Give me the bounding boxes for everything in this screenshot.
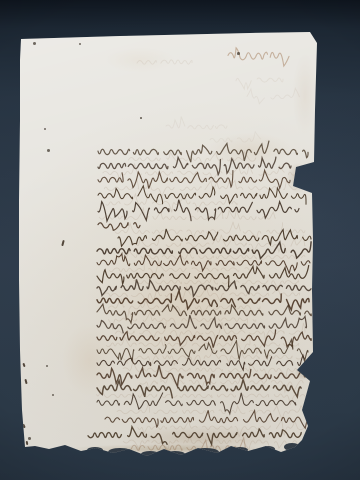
manuscript-photo <box>0 0 360 480</box>
